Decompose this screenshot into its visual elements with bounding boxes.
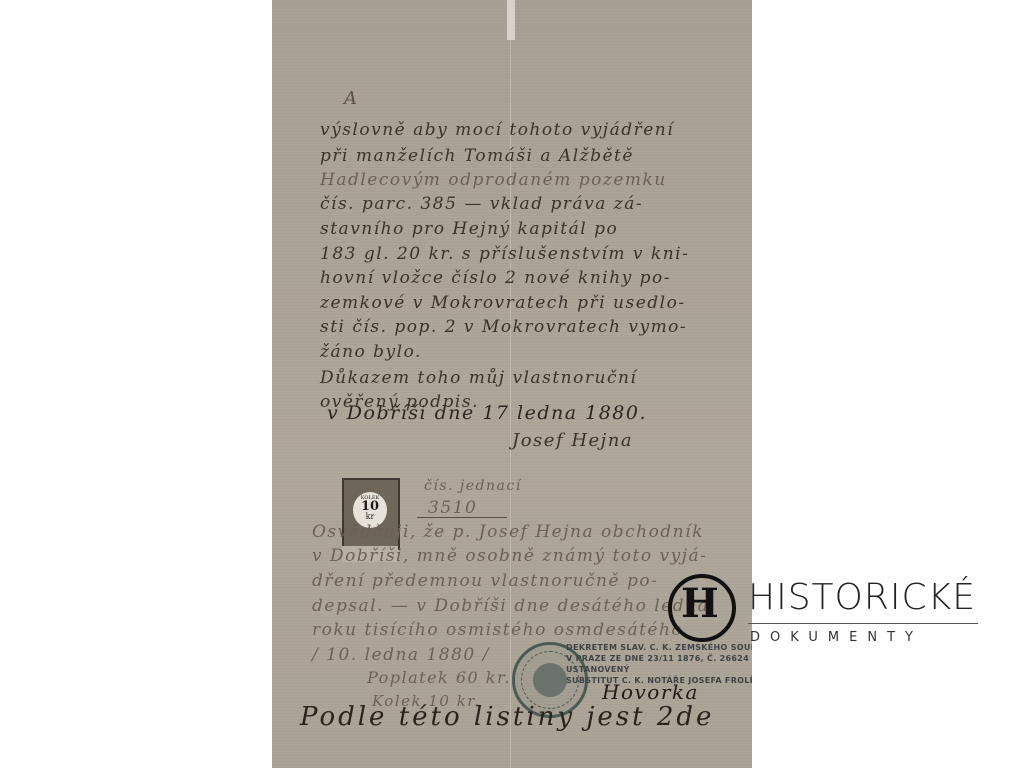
logo-subtitle: DOKUMENTY — [750, 630, 923, 645]
body-line: Hadlecovým odprodaném pozemku — [320, 170, 667, 190]
body-line: hovní vložce číslo 2 nové knihy po- — [320, 268, 671, 288]
notary-stamp-line: V PRAZE ZE DNE 23/11 1876, Č. 26624 USTA… — [566, 653, 752, 675]
body-line: zemkové v Mokrovratech při usedlo- — [320, 293, 686, 313]
margin-mark: A — [344, 88, 359, 109]
stamp-unit: kr — [353, 513, 387, 521]
logo-title: HISTORICKÉ — [748, 578, 976, 618]
body-line: sti čís. pop. 2 v Mokrovratech vymo- — [320, 317, 687, 337]
body-line: 183 gl. 20 kr. s příslušenstvím v kni- — [320, 244, 689, 264]
monogram-letter: H — [681, 582, 719, 626]
body-line: žáno bylo. — [320, 342, 422, 362]
reference-number: 3510 — [428, 498, 477, 518]
certification-line: v Dobříši, mně osobně známý toto vyjá- — [312, 546, 707, 566]
body-line: stavního pro Hejný kapitál po — [320, 219, 618, 239]
fold-tear — [507, 0, 515, 40]
body-line: výslovně aby mocí tohoto vyjádření — [320, 120, 674, 140]
body-line: čís. parc. 385 — vklad práva zá- — [320, 194, 643, 214]
fee-line: Poplatek 60 kr. — [367, 668, 511, 687]
reference-label: čís. jednací — [424, 478, 522, 494]
body-line: při manželích Tomáši a Alžbětě — [320, 146, 634, 166]
certification-line: dření předemnou vlastnoručně po- — [312, 571, 658, 591]
document-page: A výslovně aby mocí tohoto vyjádření při… — [272, 0, 752, 768]
notary-signature: Hovorka — [602, 680, 699, 704]
certification-line: / 10. ledna 1880 / — [312, 645, 490, 665]
certification-line: roku tisícího osmistého osmdesátého — [312, 620, 683, 640]
watermark-logo: H HISTORICKÉ DOKUMENTY — [668, 572, 978, 652]
eagle-emblem-icon — [533, 663, 567, 697]
certification-line: depsal. — v Dobříši dne desátého ledna — [312, 596, 709, 616]
certification-line: Osvědčuji, že p. Josef Hejna obchodník — [312, 522, 704, 542]
logo-divider — [748, 623, 978, 624]
signature: Josef Hejna — [512, 430, 633, 451]
body-line: Důkazem toho můj vlastnoruční — [320, 368, 637, 388]
closing-line: Podle této listiny jest 2de — [300, 702, 714, 732]
place-date: v Dobříši dne 17 ledna 1880. — [327, 402, 647, 424]
reference-underline — [417, 517, 507, 518]
